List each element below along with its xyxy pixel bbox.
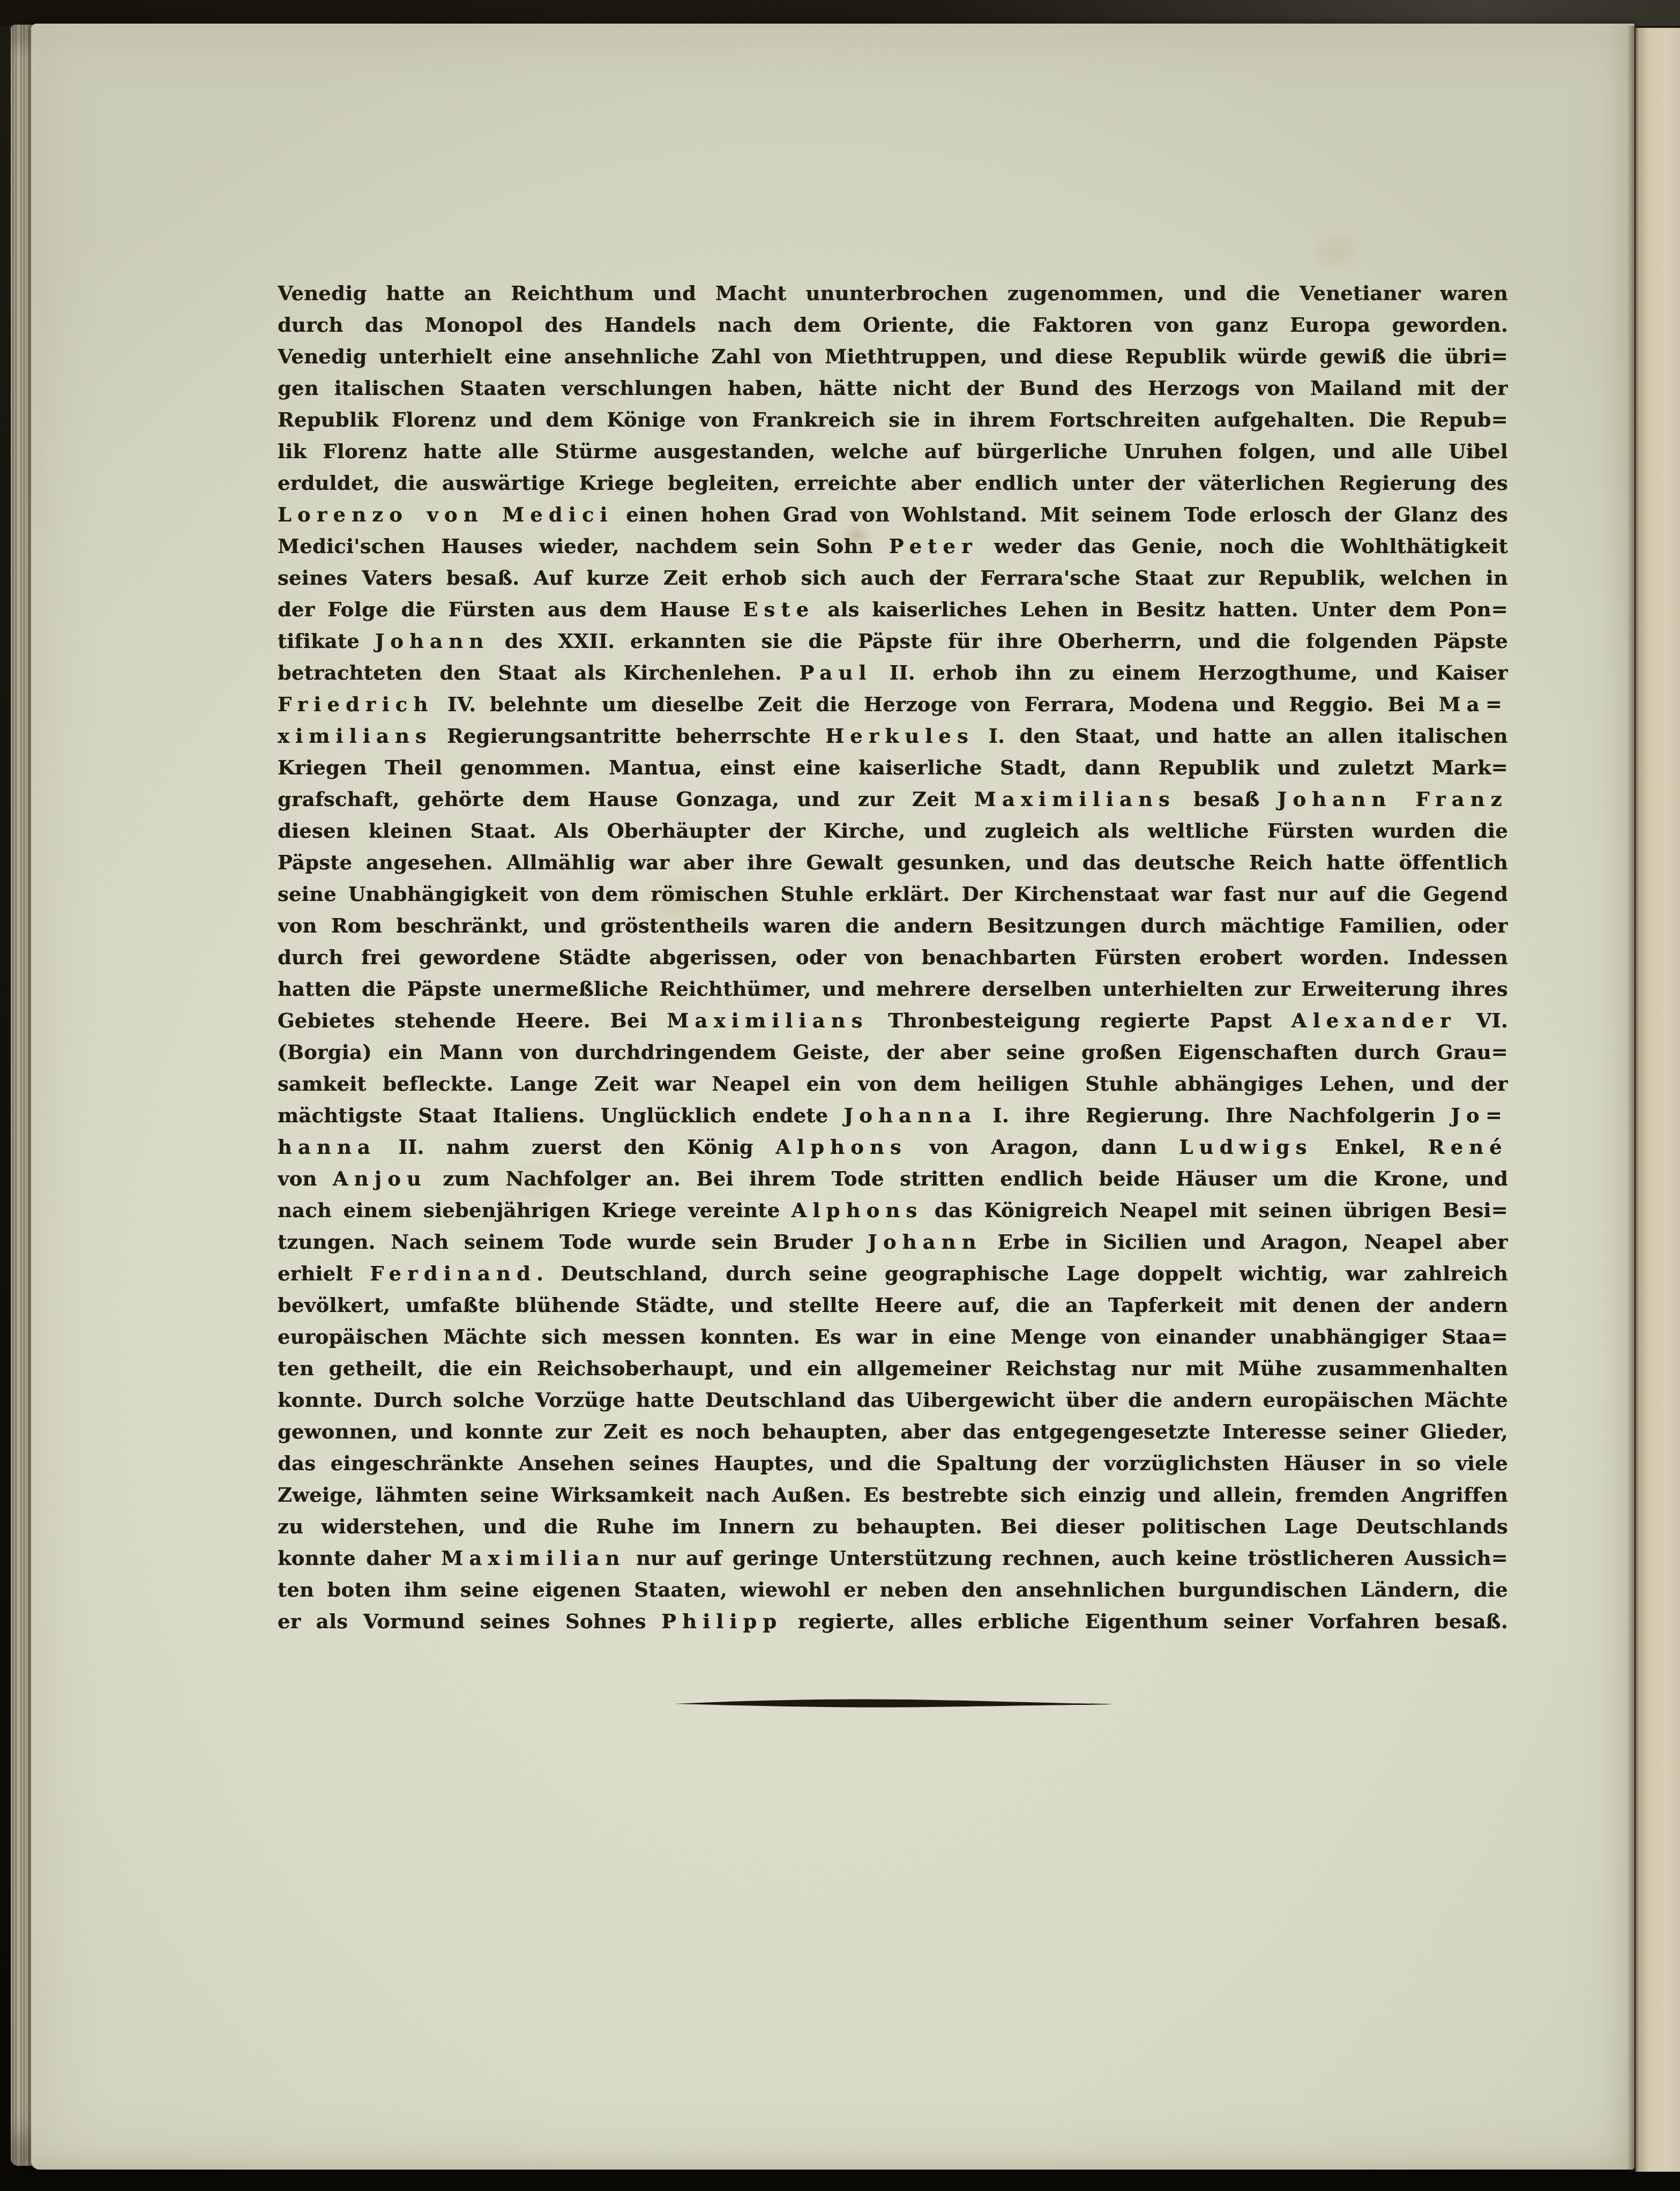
text-segment: durch das Monopol des Handels nach dem O… <box>278 313 1508 337</box>
text-segment: der Folge die Fürsten aus dem Hause <box>278 598 743 621</box>
letterspaced-name: Herkules <box>825 724 974 748</box>
text-segment: nach einem siebenjährigen Kriege vereint… <box>278 1198 792 1222</box>
text-segment: Republik Florenz und dem Könige von Fran… <box>278 408 1508 431</box>
text-segment: erhielt <box>278 1262 370 1285</box>
swelled-rule-divider <box>674 1699 1113 1710</box>
text-line: bevölkert, umfaßte blühende Städte, und … <box>278 1290 1508 1321</box>
text-line: grafschaft, gehörte dem Hause Gonzaga, u… <box>278 784 1508 815</box>
text-line: Gebietes stehende Heere. Bei Maximilians… <box>278 1005 1508 1037</box>
text-segment: gen italischen Staaten verschlungen habe… <box>278 376 1508 400</box>
text-line: Zweige, lähmten seine Wirksamkeit nach A… <box>278 1479 1508 1511</box>
text-segment: Venedig unterhielt eine ansehnliche Zahl… <box>278 345 1508 368</box>
text-line: er als Vormund seines Sohnes Philipp reg… <box>278 1606 1508 1637</box>
text-line: hatten die Päpste unermeßliche Reichthüm… <box>278 973 1508 1005</box>
letterspaced-name: hanna <box>278 1135 376 1159</box>
text-line: gewonnen, und konnte zur Zeit es noch be… <box>278 1416 1508 1448</box>
text-segment: als kaiserliches Lehen in Besitz hatten.… <box>815 598 1508 621</box>
letterspaced-name: Maximilians <box>667 1009 869 1032</box>
text-line: samkeit befleckte. Lange Zeit war Neapel… <box>278 1068 1508 1100</box>
text-segment: zum Nachfolger an. Bei ihrem Tode stritt… <box>427 1167 1508 1190</box>
text-segment: . Deutschland, durch seine geographische… <box>536 1262 1508 1285</box>
text-segment: (Borgia) ein Mann von durchdringendem Ge… <box>278 1040 1508 1064</box>
text-segment: tzungen. Nach seinem Tode wurde sein Bru… <box>278 1230 868 1254</box>
text-line: durch das Monopol des Handels nach dem O… <box>278 309 1508 341</box>
letterspaced-name: Johann Franz <box>1278 787 1508 811</box>
letterspaced-name: Friedrich <box>278 692 434 716</box>
text-line: lik Florenz hatte alle Stürme ausgestand… <box>278 436 1508 467</box>
text-line: von Rom beschränkt, und gröstentheils wa… <box>278 910 1508 942</box>
text-line: hanna II. nahm zuerst den König Alphons … <box>278 1131 1508 1163</box>
text-line: durch frei gewordene Städte abgerissen, … <box>278 942 1508 973</box>
text-segment: Gebietes stehende Heere. Bei <box>278 1009 667 1032</box>
text-segment: von Rom beschränkt, und gröstentheils wa… <box>278 914 1508 937</box>
book-scan: Venedig hatte an Reichthum und Macht unu… <box>0 0 1680 2191</box>
text-line: von Anjou zum Nachfolger an. Bei ihrem T… <box>278 1163 1508 1195</box>
text-segment: Enkel, <box>1313 1135 1428 1159</box>
text-line: betrachteten den Staat als Kirchenlehen.… <box>278 657 1508 689</box>
text-segment: Erbe in Sicilien und Aragon, Neapel aber <box>982 1230 1508 1254</box>
text-segment: erduldet, die auswärtige Kriege begleite… <box>278 471 1508 495</box>
text-line: Friedrich IV. belehnte um dieselbe Zeit … <box>278 689 1508 720</box>
text-segment: IV. belehnte um dieselbe Zeit die Herzog… <box>434 692 1438 716</box>
text-line: Kriegen Theil genommen. Mantua, einst ei… <box>278 752 1508 784</box>
letterspaced-name: Este <box>743 598 815 621</box>
text-segment: weder das Genie, noch die Wohlthätigkeit <box>978 534 1508 558</box>
letterspaced-name: Ludwigs <box>1179 1135 1313 1159</box>
letterspaced-name: Johann <box>868 1230 982 1254</box>
text-line: Päpste angesehen. Allmählig war aber ihr… <box>278 847 1508 878</box>
text-line: Medici'schen Hauses wieder, nachdem sein… <box>278 531 1508 562</box>
swelled-rule-shape <box>675 1700 1112 1708</box>
text-segment: betrachteten den Staat als Kirchenlehen. <box>278 661 799 684</box>
text-line: Venedig unterhielt eine ansehnliche Zahl… <box>278 341 1508 372</box>
text-segment: Venedig hatte an Reichthum und Macht unu… <box>278 281 1508 305</box>
text-segment: nur auf geringe Unterstützung rechnen, a… <box>626 1546 1508 1570</box>
text-segment: besaß <box>1176 787 1278 811</box>
text-segment: Regierungsantritte beherrschte <box>432 724 825 748</box>
text-segment: seine Unabhängigkeit von dem römischen S… <box>278 882 1508 906</box>
text-line: Venedig hatte an Reichthum und Macht unu… <box>278 278 1508 309</box>
text-line: gen italischen Staaten verschlungen habe… <box>278 372 1508 404</box>
text-segment: von <box>278 1167 333 1190</box>
letterspaced-name: Paul <box>799 661 872 684</box>
text-segment: I. den Staat, und hatte an allen italisc… <box>974 724 1508 748</box>
text-segment: samkeit befleckte. Lange Zeit war Neapel… <box>278 1072 1508 1095</box>
text-segment: das eingeschränkte Ansehen seines Haupte… <box>278 1451 1508 1475</box>
text-segment: gewonnen, und konnte zur Zeit es noch be… <box>278 1420 1508 1443</box>
text-line: Republik Florenz und dem Könige von Fran… <box>278 404 1508 436</box>
text-line: seines Vaters besaß. Auf kurze Zeit erho… <box>278 562 1508 594</box>
text-segment: diesen kleinen Staat. Als Oberhäupter de… <box>278 819 1508 843</box>
text-segment: lik Florenz hatte alle Stürme ausgestand… <box>278 439 1508 463</box>
text-segment: VI. <box>1457 1009 1508 1032</box>
letterspaced-name: Alphons <box>792 1198 923 1222</box>
text-line: (Borgia) ein Mann von durchdringendem Ge… <box>278 1037 1508 1068</box>
letterspaced-name: Jo= <box>1451 1104 1509 1127</box>
text-segment: II. nahm zuerst den König <box>376 1135 775 1159</box>
letterspaced-name: Johann <box>375 629 489 653</box>
letterspaced-name: Ferdinand <box>370 1262 536 1285</box>
text-line: ten boten ihm seine eigenen Staaten, wie… <box>278 1574 1508 1606</box>
text-segment: Zweige, lähmten seine Wirksamkeit nach A… <box>278 1483 1508 1507</box>
text-line: der Folge die Fürsten aus dem Hause Este… <box>278 594 1508 625</box>
text-line: diesen kleinen Staat. Als Oberhäupter de… <box>278 815 1508 847</box>
text-line: das eingeschränkte Ansehen seines Haupte… <box>278 1448 1508 1479</box>
text-line: zu widerstehen, und die Ruhe im Innern z… <box>278 1511 1508 1542</box>
paper-stain <box>1306 227 1365 275</box>
text-segment: europäischen Mächte sich messen konnten.… <box>278 1325 1508 1348</box>
letterspaced-name: Lorenzo von Medici <box>278 503 614 526</box>
letterspaced-name: René <box>1428 1135 1508 1159</box>
text-segment: Päpste angesehen. Allmählig war aber ihr… <box>278 851 1508 874</box>
text-segment: hatten die Päpste unermeßliche Reichthüm… <box>278 977 1508 1001</box>
text-line: konnte. Durch solche Vorzüge hatte Deuts… <box>278 1384 1508 1416</box>
text-line: seine Unabhängigkeit von dem römischen S… <box>278 878 1508 910</box>
text-segment: ten boten ihm seine eigenen Staaten, wie… <box>278 1578 1508 1601</box>
text-segment: einen hohen Grad von Wohlstand. Mit sein… <box>614 503 1508 526</box>
text-segment: mächtigste Staat Italiens. Unglücklich e… <box>278 1104 844 1127</box>
text-segment: konnte daher <box>278 1546 441 1570</box>
adjacent-page-edge <box>1636 28 1680 2172</box>
letterspaced-name: Alphons <box>775 1135 907 1159</box>
text-line: europäischen Mächte sich messen konnten.… <box>278 1321 1508 1353</box>
letterspaced-name: Maximilians <box>974 787 1176 811</box>
text-segment: zu widerstehen, und die Ruhe im Innern z… <box>278 1515 1508 1538</box>
page-text-block: Venedig hatte an Reichthum und Macht unu… <box>278 278 1508 1637</box>
text-segment: bevölkert, umfaßte blühende Städte, und … <box>278 1293 1508 1317</box>
text-line: tzungen. Nach seinem Tode wurde sein Bru… <box>278 1226 1508 1258</box>
text-line: konnte daher Maximilian nur auf geringe … <box>278 1542 1508 1574</box>
text-segment: I. ihre Regierung. Ihre Nachfolgerin <box>977 1104 1451 1127</box>
text-segment: regierte, alles erbliche Eigenthum seine… <box>783 1609 1508 1633</box>
letterspaced-name: ximilians <box>278 724 432 748</box>
text-segment: II. erhob ihn zu einem Herzogthume, und … <box>872 661 1508 684</box>
text-segment: durch frei gewordene Städte abgerissen, … <box>278 945 1508 969</box>
text-segment: Kriegen Theil genommen. Mantua, einst ei… <box>278 756 1508 779</box>
letterspaced-name: Anjou <box>333 1167 427 1190</box>
letterspaced-name: Philipp <box>661 1609 782 1633</box>
text-segment: das Königreich Neapel mit seinen übrigen… <box>923 1198 1508 1222</box>
scanner-background-top <box>0 0 1680 26</box>
text-line: nach einem siebenjährigen Kriege vereint… <box>278 1195 1508 1226</box>
text-line: erhielt Ferdinand. Deutschland, durch se… <box>278 1258 1508 1290</box>
text-line: erduldet, die auswärtige Kriege begleite… <box>278 467 1508 499</box>
text-segment: seines Vaters besaß. Auf kurze Zeit erho… <box>278 566 1508 590</box>
text-line: ximilians Regierungsantritte beherrschte… <box>278 720 1508 752</box>
letterspaced-name: Alexander <box>1291 1009 1457 1032</box>
text-segment: ten getheilt, die ein Reichsoberhaupt, u… <box>278 1357 1508 1380</box>
text-segment: grafschaft, gehörte dem Hause Gonzaga, u… <box>278 787 974 811</box>
text-line: ten getheilt, die ein Reichsoberhaupt, u… <box>278 1353 1508 1384</box>
text-segment: tifikate <box>278 629 375 653</box>
text-segment: von Aragon, dann <box>907 1135 1179 1159</box>
text-segment: er als Vormund seines Sohnes <box>278 1609 661 1633</box>
text-line: mächtigste Staat Italiens. Unglücklich e… <box>278 1100 1508 1131</box>
letterspaced-name: Johanna <box>844 1104 977 1127</box>
letterspaced-name: Ma= <box>1439 692 1508 716</box>
text-line: tifikate Johann des XXII. erkannten sie … <box>278 625 1508 657</box>
text-segment: Medici'schen Hauses wieder, nachdem sein… <box>278 534 889 558</box>
text-segment: des XXII. erkannten sie die Päpste für i… <box>489 629 1508 653</box>
letterspaced-name: Peter <box>889 534 978 558</box>
text-line: Lorenzo von Medici einen hohen Grad von … <box>278 499 1508 531</box>
text-segment: konnte. Durch solche Vorzüge hatte Deuts… <box>278 1388 1508 1412</box>
text-segment: Thronbesteigung regierte Papst <box>869 1009 1291 1032</box>
letterspaced-name: Maximilian <box>441 1546 625 1570</box>
book-page: Venedig hatte an Reichthum und Macht unu… <box>31 24 1634 2170</box>
